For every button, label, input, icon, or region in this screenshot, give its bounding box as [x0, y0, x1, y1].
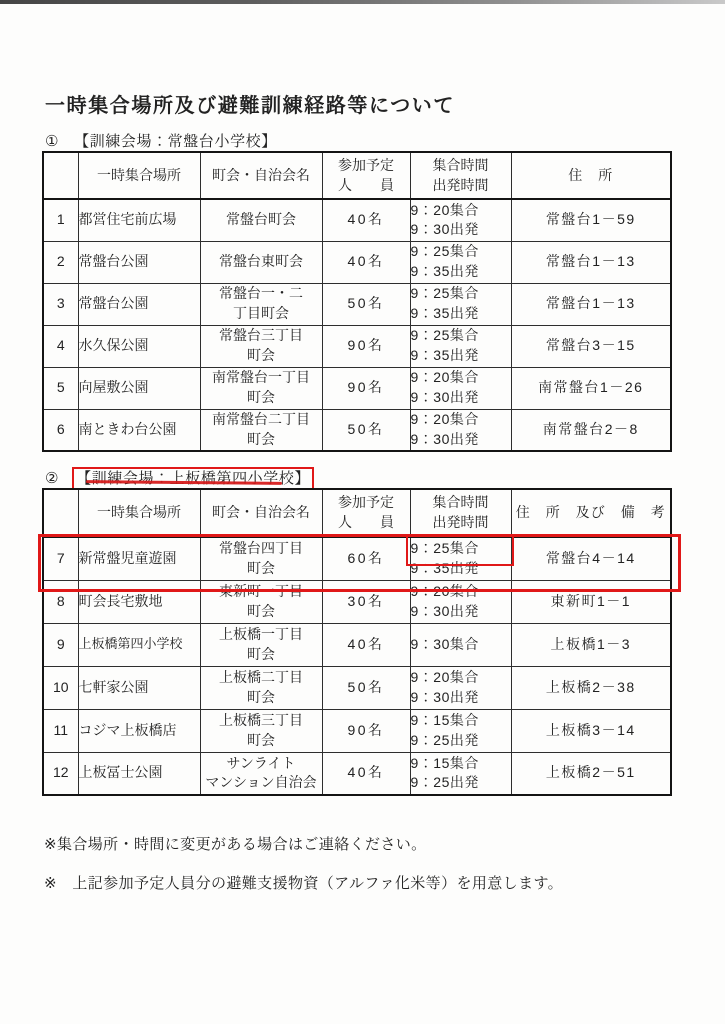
footnote-1: ※集合場所・時間に変更がある場合はご連絡ください。: [44, 833, 427, 854]
cell-time: 9：15集合 9：25出発: [410, 709, 511, 752]
cell-time: 9：20集合 9：30出発: [410, 367, 511, 409]
table-1-header-row: 一時集合場所 町会・自治会名 参加予定 人 員 集合時間 出発時間 住 所: [43, 152, 671, 199]
cell-place: 水久保公園: [78, 325, 200, 367]
footnote-2: ※ 上記参加予定人員分の避難支援物資（アルファ化米等）を用意します。: [44, 872, 563, 893]
cell-association: 南常盤台二丁目 町会: [200, 409, 322, 451]
cell-participants: 90名: [322, 367, 410, 409]
cell-no: 8: [43, 580, 78, 623]
cell-no: 4: [43, 325, 78, 367]
cell-association: 上板橋二丁目 町会: [200, 666, 322, 709]
cell-participants: 50名: [322, 409, 410, 451]
table-row: 5 向屋敷公園 南常盤台一丁目 町会 90名 9：20集合 9：30出発 南常盤…: [43, 367, 671, 409]
table-row: 8 町会長宅敷地 東新町一丁目 町会 30名 9：20集合 9：30出発 東新町…: [43, 580, 671, 623]
cell-association: 常盤台東町会: [200, 241, 322, 283]
table-row: 4 水久保公園 常盤台三丁目 町会 90名 9：25集合 9：35出発 常盤台3…: [43, 325, 671, 367]
table-2-header-row: 一時集合場所 町会・自治会名 参加予定 人 員 集合時間 出発時間 住 所 及び…: [43, 489, 671, 537]
cell-time: 9：25集合 9：35出発: [410, 325, 511, 367]
cell-no: 3: [43, 283, 78, 325]
section-1-number: ①: [45, 132, 59, 150]
cell-participants: 40名: [322, 199, 410, 241]
table-row: 3 常盤台公園 常盤台一・二 丁目町会 50名 9：25集合 9：35出発 常盤…: [43, 283, 671, 325]
cell-participants: 40名: [322, 752, 410, 795]
cell-association: 上板橋三丁目 町会: [200, 709, 322, 752]
cell-place: コジマ上板橋店: [78, 709, 200, 752]
schedule-table-1: 一時集合場所 町会・自治会名 参加予定 人 員 集合時間 出発時間 住 所 1 …: [42, 151, 672, 452]
cell-place: 町会長宅敷地: [78, 580, 200, 623]
cell-place: 七軒家公園: [78, 666, 200, 709]
cell-association: 常盤台四丁目 町会: [200, 537, 322, 580]
header-no: [43, 152, 78, 199]
cell-address: 上板橋2－51: [511, 752, 671, 795]
cell-time: 9：25集合 9：35出発: [410, 241, 511, 283]
header-place: 一時集合場所: [78, 489, 200, 537]
cell-place: 上板冨士公園: [78, 752, 200, 795]
section-1-heading: ①【訓練会場：常盤台小学校】: [45, 130, 279, 151]
cell-time: 9：15集合 9：25出発: [410, 752, 511, 795]
table-row: 1 都営住宅前広場 常盤台町会 40名 9：20集合 9：30出発 常盤台1－5…: [43, 199, 671, 241]
cell-no: 6: [43, 409, 78, 451]
cell-no: 7: [43, 537, 78, 580]
cell-no: 9: [43, 623, 78, 666]
cell-address: 常盤台1－13: [511, 283, 671, 325]
header-participants: 参加予定 人 員: [322, 152, 410, 199]
header-time: 集合時間 出発時間: [410, 152, 511, 199]
cell-no: 11: [43, 709, 78, 752]
schedule-table-2: 一時集合場所 町会・自治会名 参加予定 人 員 集合時間 出発時間 住 所 及び…: [42, 488, 672, 796]
cell-participants: 90名: [322, 709, 410, 752]
cell-time: 9：25集合 9：35出発: [410, 537, 511, 580]
section-2-venue: 【訓練会場：上板橋第四小学校】: [72, 467, 314, 490]
cell-address: 常盤台3－15: [511, 325, 671, 367]
cell-association: 常盤台三丁目 町会: [200, 325, 322, 367]
cell-association: 常盤台町会: [200, 199, 322, 241]
cell-place: 常盤台公園: [78, 283, 200, 325]
cell-address: 南常盤台2－8: [511, 409, 671, 451]
cell-participants: 30名: [322, 580, 410, 623]
cell-association: 上板橋一丁目 町会: [200, 623, 322, 666]
cell-no: 5: [43, 367, 78, 409]
cell-place: 新常盤児童遊園: [78, 537, 200, 580]
cell-no: 2: [43, 241, 78, 283]
cell-participants: 40名: [322, 623, 410, 666]
cell-association: 南常盤台一丁目 町会: [200, 367, 322, 409]
cell-place: 常盤台公園: [78, 241, 200, 283]
cell-time: 9：20集合 9：30出発: [410, 199, 511, 241]
cell-time: 9：30集合: [410, 623, 511, 666]
cell-no: 1: [43, 199, 78, 241]
page-title: 一時集合場所及び避難訓練経路等について: [45, 89, 455, 118]
header-association: 町会・自治会名: [200, 489, 322, 537]
table-row: 12 上板冨士公園 サンライト マンション自治会 40名 9：15集合 9：25…: [43, 752, 671, 795]
header-no: [43, 489, 78, 537]
cell-place: 上板橋第四小学校: [78, 623, 200, 666]
cell-address: 上板橋1－3: [511, 623, 671, 666]
section-2-number: ②: [45, 469, 59, 487]
cell-participants: 50名: [322, 283, 410, 325]
table-row: 6 南ときわ台公園 南常盤台二丁目 町会 50名 9：20集合 9：30出発 南…: [43, 409, 671, 451]
cell-association: サンライト マンション自治会: [200, 752, 322, 795]
cell-time: 9：20集合 9：30出発: [410, 666, 511, 709]
cell-participants: 50名: [322, 666, 410, 709]
table-row-highlighted: 7 新常盤児童遊園 常盤台四丁目 町会 60名 9：25集合 9：35出発 常盤…: [43, 537, 671, 580]
header-time: 集合時間 出発時間: [410, 489, 511, 537]
cell-association: 常盤台一・二 丁目町会: [200, 283, 322, 325]
cell-place: 南ときわ台公園: [78, 409, 200, 451]
cell-address: 上板橋3－14: [511, 709, 671, 752]
table-row: 10 七軒家公園 上板橋二丁目 町会 50名 9：20集合 9：30出発 上板橋…: [43, 666, 671, 709]
cell-time: 9：20集合 9：30出発: [410, 409, 511, 451]
cell-place: 向屋敷公園: [78, 367, 200, 409]
section-1-venue: 【訓練会場：常盤台小学校】: [72, 132, 279, 151]
scanned-document-page: 一時集合場所及び避難訓練経路等について ①【訓練会場：常盤台小学校】 一時集合場…: [0, 0, 725, 1024]
scan-edge-artifact: [0, 0, 725, 4]
section-2-heading: ②【訓練会場：上板橋第四小学校】: [45, 467, 314, 488]
cell-address: 常盤台4－14: [511, 537, 671, 580]
header-address-remarks: 住 所 及び 備 考: [511, 489, 671, 537]
cell-address: 常盤台1－59: [511, 199, 671, 241]
cell-participants: 40名: [322, 241, 410, 283]
header-address: 住 所: [511, 152, 671, 199]
cell-participants: 90名: [322, 325, 410, 367]
cell-place: 都営住宅前広場: [78, 199, 200, 241]
cell-address: 東新町1－1: [511, 580, 671, 623]
header-participants: 参加予定 人 員: [322, 489, 410, 537]
cell-time: 9：20集合 9：30出発: [410, 580, 511, 623]
header-place: 一時集合場所: [78, 152, 200, 199]
cell-address: 南常盤台1－26: [511, 367, 671, 409]
table-row: 9 上板橋第四小学校 上板橋一丁目 町会 40名 9：30集合 上板橋1－3: [43, 623, 671, 666]
table-row: 2 常盤台公園 常盤台東町会 40名 9：25集合 9：35出発 常盤台1－13: [43, 241, 671, 283]
header-association: 町会・自治会名: [200, 152, 322, 199]
cell-address: 常盤台1－13: [511, 241, 671, 283]
cell-no: 12: [43, 752, 78, 795]
cell-no: 10: [43, 666, 78, 709]
cell-participants: 60名: [322, 537, 410, 580]
cell-address: 上板橋2－38: [511, 666, 671, 709]
cell-association: 東新町一丁目 町会: [200, 580, 322, 623]
table-row: 11 コジマ上板橋店 上板橋三丁目 町会 90名 9：15集合 9：25出発 上…: [43, 709, 671, 752]
cell-time: 9：25集合 9：35出発: [410, 283, 511, 325]
